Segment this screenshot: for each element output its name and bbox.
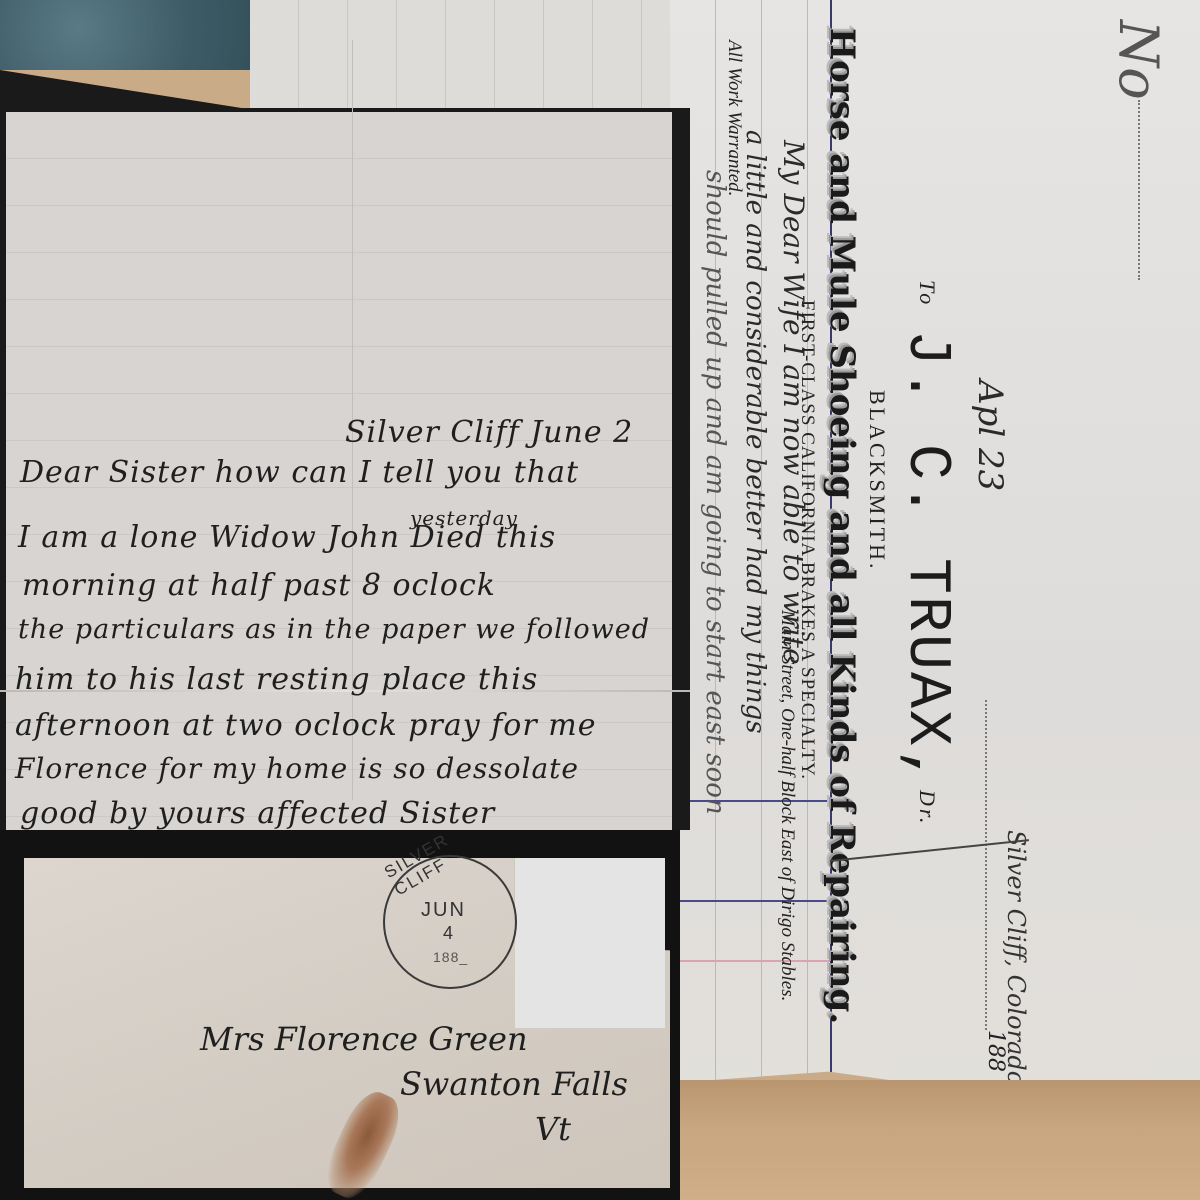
envelope-flap [515, 858, 665, 1028]
address-line-3: Vt [535, 1110, 571, 1148]
letterhead-address: Main Street, One-half Block East of Diri… [776, 610, 798, 1001]
postmark-stamp: SILVER CLIFF JUN 4 188_ [383, 855, 517, 989]
blacksmith-letterhead: My Dear Wife I am now able to write a li… [670, 0, 1200, 1140]
postmark-day: 4 [443, 923, 453, 944]
address-line-1: Mrs Florence Green [200, 1020, 528, 1058]
letterhead-suffix: Dr. [914, 790, 940, 827]
letterhead-number-mark: No [1107, 20, 1170, 100]
letterhead-specialty: FIRST-CLASS CALIFORNIA BRAKES A SPECIALT… [796, 300, 818, 780]
letterhead-name: J. C. TRUAX, [892, 330, 960, 786]
letterhead-title: BLACKSMITH. [864, 390, 890, 572]
letter-line-7: Florence for my home is so dessolate [15, 752, 579, 785]
ledger-rule [670, 960, 830, 962]
wood-surface [680, 1080, 1200, 1200]
letterhead-year: 188 [983, 1030, 1008, 1072]
letter-line-8: good by yours affected Sister [20, 796, 495, 831]
letter-line-6: afternoon at two oclock pray for me [15, 708, 596, 743]
pencil-line-3: should pulled up and am going to start e… [700, 170, 730, 815]
letter-line-4: the particulars as in the paper we follo… [18, 614, 650, 645]
ledger-rule [670, 800, 830, 802]
postmark-month: JUN [421, 899, 466, 922]
letterhead-date: Apl 23 [970, 380, 1010, 491]
letter-line-3: morning at half past 8 oclock [22, 568, 496, 603]
letter-line-5: him to his last resting place this [15, 662, 538, 697]
postmark-year: 188_ [433, 949, 468, 965]
date-dotted-line [985, 700, 987, 1030]
letter-dateline: Silver Cliff June 2 [345, 415, 633, 450]
number-dotted-line [1138, 100, 1140, 280]
letterhead-warranty: All Work Warranted. [723, 40, 745, 196]
teal-background [0, 0, 260, 70]
ledger-rule [670, 900, 830, 902]
pencil-line-2: a little and considerable better had my … [740, 130, 770, 734]
letterhead-prefix: To [914, 280, 940, 307]
address-line-2: Swanton Falls [400, 1065, 628, 1103]
letter-line-1: Dear Sister how can I tell you that [20, 455, 579, 490]
letter-line-2: I am a lone Widow John Died this [18, 520, 556, 555]
letterhead-services: Horse and Mule Shoeing and all Kinds of … [822, 28, 862, 1024]
